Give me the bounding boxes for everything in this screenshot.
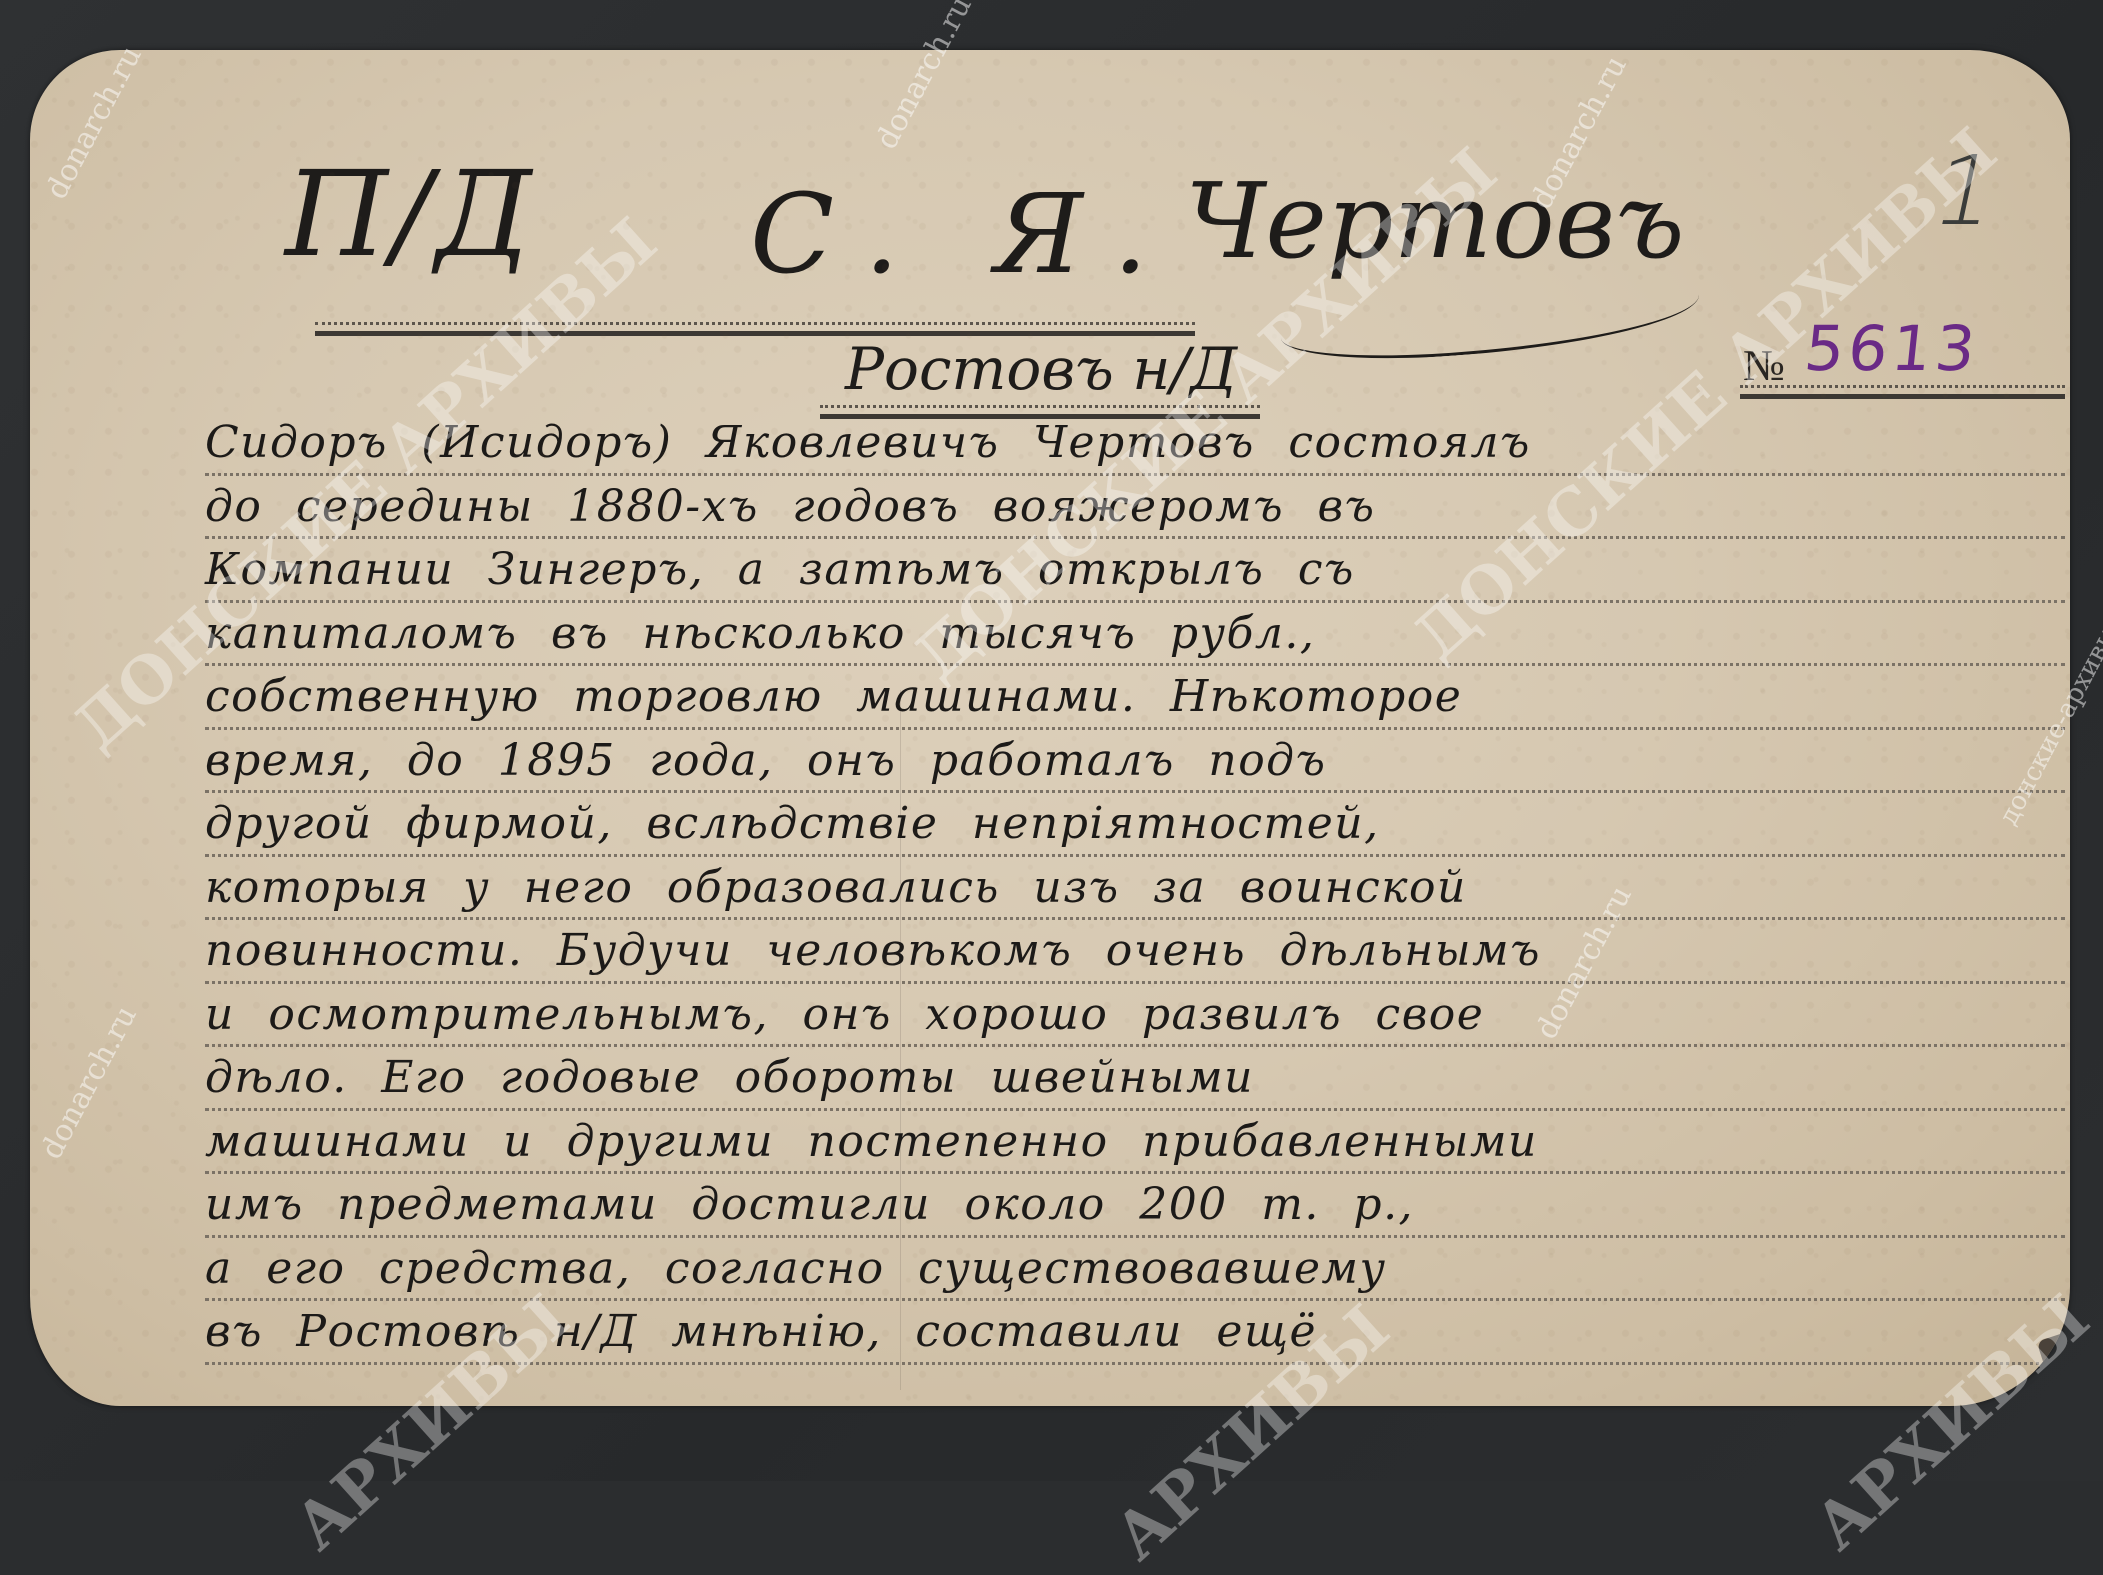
handwritten-body: Сидоръ (Исидоръ) Яковлевичъ Чертовъ сост… [205,412,2065,1365]
body-line: капиталомъ въ нѣсколько тысячъ рубл., [205,603,2065,667]
body-line: Сидоръ (Исидоръ) Яковлевичъ Чертовъ сост… [205,412,2065,476]
city-label: Ростовъ н/Д [845,335,1237,403]
body-line: машинами и другими постепенно прибавленн… [205,1111,2065,1175]
body-line: въ Ростовѣ н/Д мнѣнію, составили ещё [205,1301,2065,1365]
body-line: и осмотрительнымъ, онъ хорошо развилъ св… [205,984,2065,1048]
body-line: до середины 1880-хъ годовъ вояжеромъ въ [205,476,2065,540]
page-number: 1 [1923,135,2008,247]
body-line: дѣло. Его годовые обороты швейными [205,1047,2065,1111]
body-line: которыя у него образовались изъ за воинс… [205,857,2065,921]
body-line: другой фирмой, вслѣдствіе непріятностей, [205,793,2065,857]
header-rule [315,322,1195,336]
archival-card: П/Д С. Я. Чертовъ Ростовъ н/Д № 5613 1 С… [30,50,2070,1406]
catalog-number: 5613 [1801,312,1982,385]
body-line: время, до 1895 года, онъ работалъ подъ [205,730,2065,794]
header-surname: Чертовъ [1185,160,1685,282]
body-line: а его средства, согласно существовавшему [205,1238,2065,1302]
number-rule [1740,385,2065,399]
number-sign: № [1743,340,1785,391]
header-initials: С. Я. [750,170,1178,298]
body-line: повинности. Будучи человѣкомъ очень дѣль… [205,920,2065,984]
body-line: имъ предметами достигли около 200 т. р., [205,1174,2065,1238]
body-line: Компании Зингеръ, а затѣмъ открылъ съ [205,539,2065,603]
header-monogram: П/Д [285,145,536,283]
body-line: собственную торговлю машинами. Нѣкоторое [205,666,2065,730]
